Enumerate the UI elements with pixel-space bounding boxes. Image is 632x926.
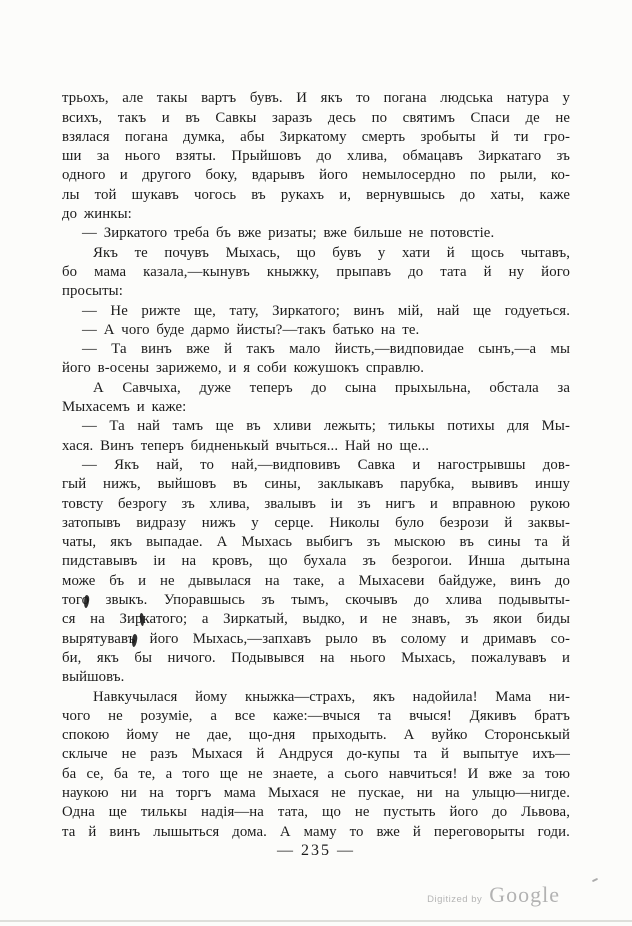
text-line: чого не розуміе, а все каже:—вчыся та вч…	[62, 707, 570, 726]
text-line: А Савчыха, дуже теперъ до сына прыхыльна…	[62, 379, 570, 398]
text-line: бо мама казала,—кынувъ кныжку, прыпавъ д…	[62, 263, 570, 282]
text-line: Якъ те почувъ Мыхась, що бувъ у хати й щ…	[62, 244, 570, 263]
text-line: би, якъ бы ничого. Подывывся на нього Мы…	[62, 649, 570, 668]
scanned-book-page: трьохъ, але такы вартъ бувъ. И якъ то по…	[0, 0, 632, 926]
text-line: гый нижъ, выйшовъ въ сины, заклыкавъ пар…	[62, 475, 570, 494]
text-line: та й винъ лышыться дома. А маму то вже й…	[62, 823, 570, 842]
text-line: одного и другого боку, вдарывъ його немы…	[62, 166, 570, 185]
text-line: выйшовъ.	[62, 668, 570, 687]
scan-speck-artifact	[592, 878, 598, 882]
text-line: — Не рижте ще, тату, Зиркатого; винъ мій…	[62, 302, 570, 321]
text-line	[62, 70, 570, 89]
text-line: трьохъ, але такы вартъ бувъ. И якъ то по…	[62, 89, 570, 108]
text-line: Навкучылася йому кныжка—страхъ, якъ надо…	[62, 688, 570, 707]
text-line: до жинкы:	[62, 205, 570, 224]
watermark-prefix-label: Digitized by	[427, 894, 482, 905]
text-line: Мыхасемъ и каже:	[62, 398, 570, 417]
text-line: затопывъ видразу нижъ у серце. Николы бу…	[62, 514, 570, 533]
scan-edge-line	[0, 920, 632, 922]
text-line: — Зиркатого треба бъ вже ризаты; вже бил…	[62, 224, 570, 243]
text-line: спокою йому не дае, що-дня прыходыть. А …	[62, 726, 570, 745]
text-line: просыты:	[62, 282, 570, 301]
text-line: наукою ни на торгъ мама Мыхася не пускае…	[62, 784, 570, 803]
google-logo: Google	[489, 882, 560, 908]
text-line: — Та винъ вже й такъ мало йисть,—видпови…	[62, 340, 570, 359]
text-line: ши за нього взяты. Прыйшовъ до хлива, об…	[62, 147, 570, 166]
text-line: всихъ, такъ и въ Савкы заразъ десь по св…	[62, 109, 570, 128]
text-line: — А чого буде дармо йисты?—такъ батько н…	[62, 321, 570, 340]
text-line: чаты, якъ выпадае. А Мыхась выбигъ зъ мы…	[62, 533, 570, 552]
text-line: хася. Винъ теперъ бидненькый вчыться... …	[62, 437, 570, 456]
text-line: — Та най тамъ ще въ хливи лежыть; тилькы…	[62, 417, 570, 436]
text-line: може бъ и не дывылася на таке, а Мыхасев…	[62, 572, 570, 591]
page-text: трьохъ, але такы вартъ бувъ. И якъ то по…	[62, 70, 570, 842]
text-line: взялася погана думка, абы Зиркатому смер…	[62, 128, 570, 147]
text-line: Одна ще тилькы надія—на тата, що не пуст…	[62, 803, 570, 822]
text-line: склыче не разъ Мыхася й Андруся до-купы …	[62, 745, 570, 764]
text-line: ся на Зиркатого; а Зиркатый, выдко, и не…	[62, 610, 570, 629]
text-line: — Якъ най, то най,—видповивъ Савка и наг…	[62, 456, 570, 475]
text-line: ба се, ба те, а того ще не знаете, а сьо…	[62, 765, 570, 784]
text-line: його в-осены зарижемо, и я соби кожушокъ…	[62, 359, 570, 378]
text-line: того звыкъ. Упоравшысь зъ тымъ, скочывъ …	[62, 591, 570, 610]
digitized-by-watermark: Digitized by Google	[427, 882, 560, 908]
text-line: вырятувавъ його Мыхась,—запхавъ рыло въ …	[62, 630, 570, 649]
text-line: товсту безрогу зъ хлива, звалывъ іи зъ н…	[62, 495, 570, 514]
page-number: — 235 —	[62, 842, 570, 860]
text-line: пидставывъ іи на кровъ, що бухала зъ без…	[62, 552, 570, 571]
text-line: лы той шукавъ чогось въ рукахъ и, вернув…	[62, 186, 570, 205]
